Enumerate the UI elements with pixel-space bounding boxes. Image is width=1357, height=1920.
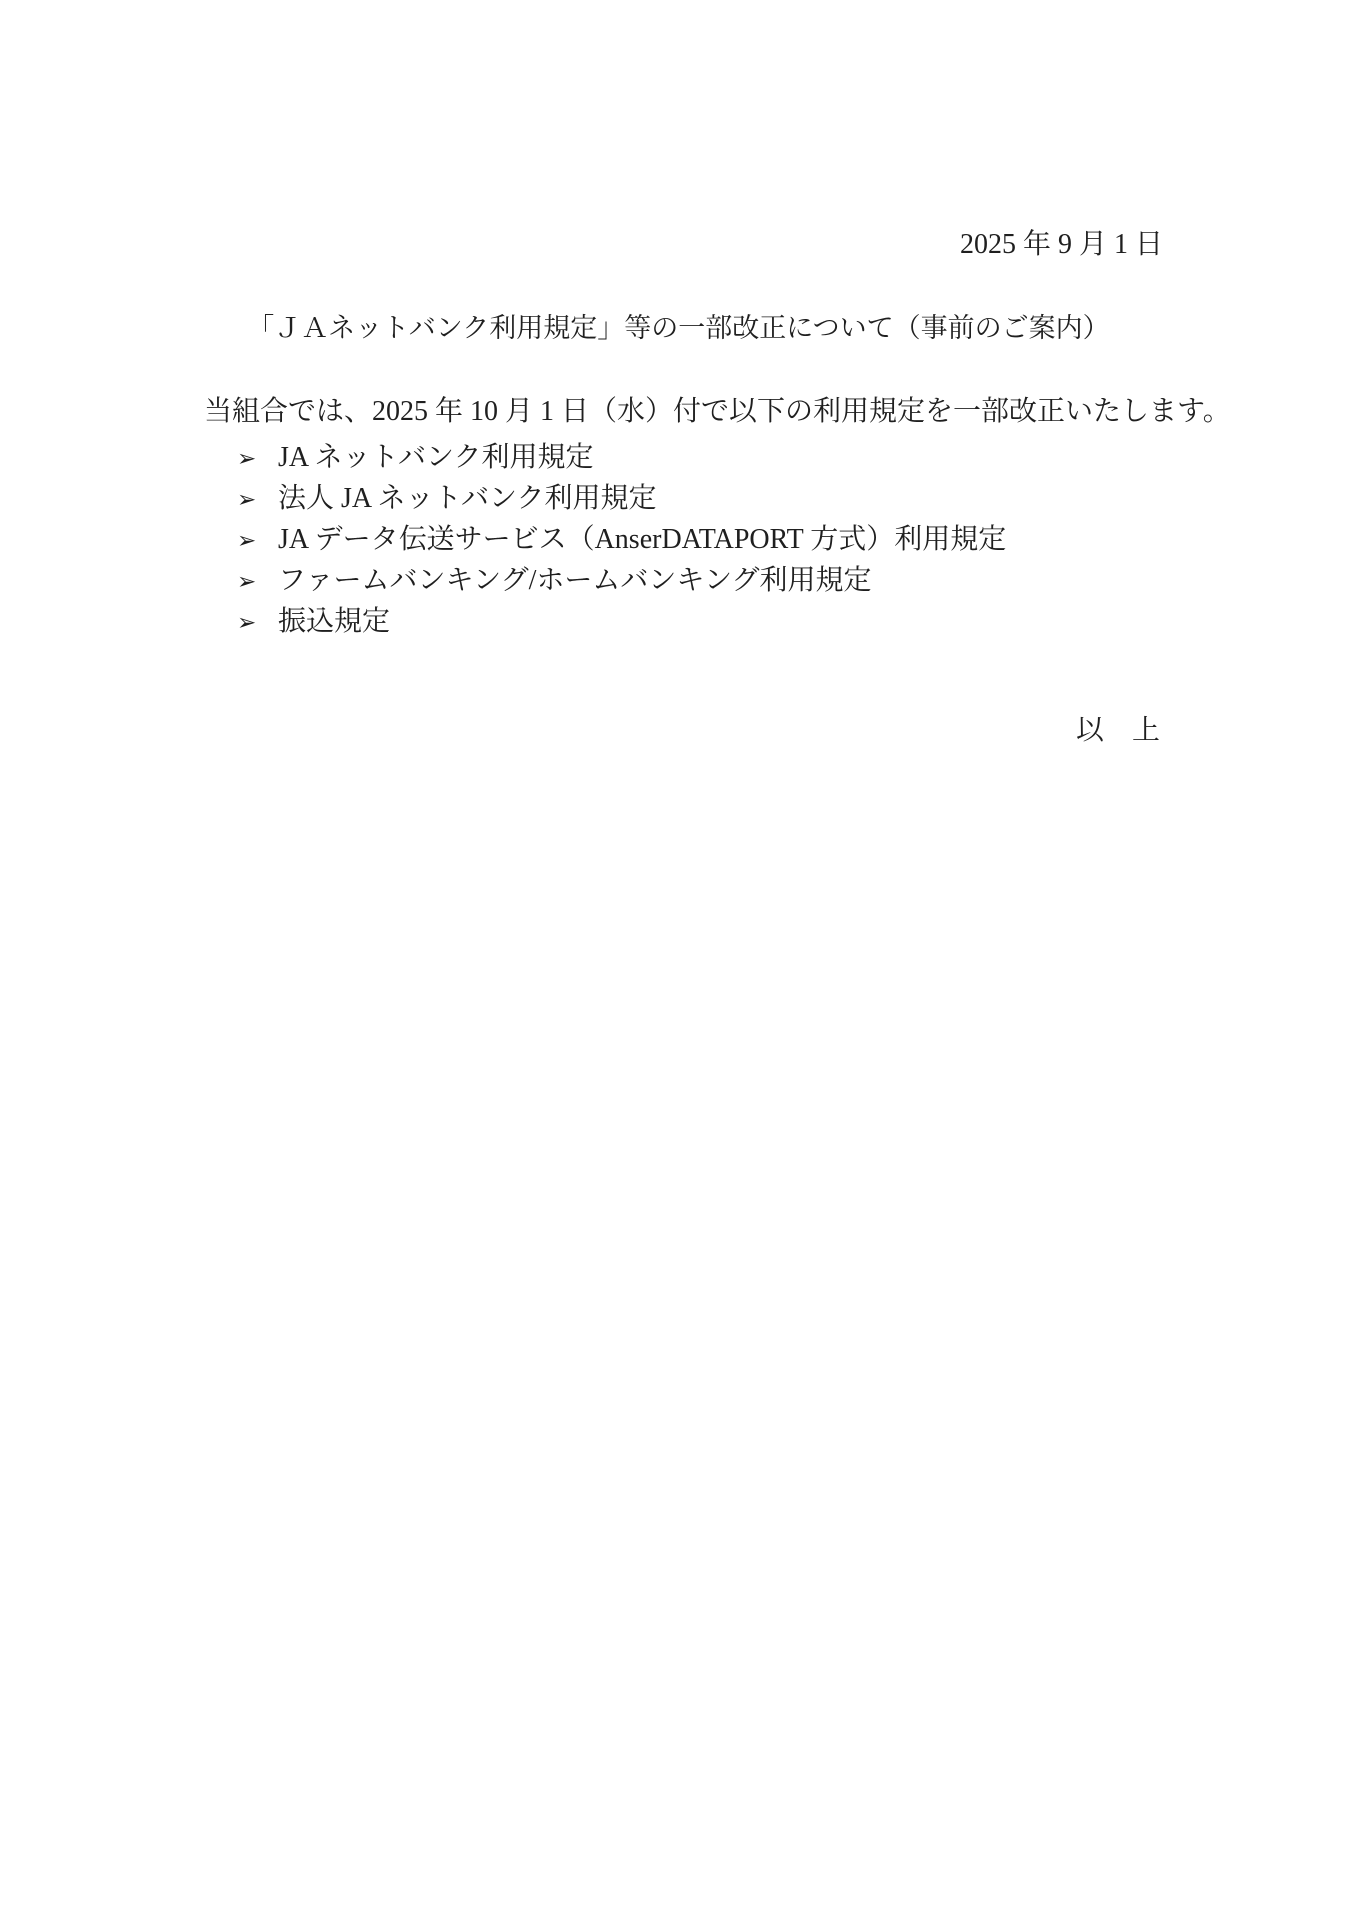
list-item: ➢振込規定 [237,601,1006,642]
intro-paragraph: 当組合では、2025 年 10 月 1 日（水）付で以下の利用規定を一部改正いた… [176,395,1207,429]
regulation-list: ➢JA ネットバンク利用規定 ➢法人 JA ネットバンク利用規定 ➢JA データ… [237,437,1006,642]
list-item-label: JA データ伝送サービス（AnserDATAPORT 方式）利用規定 [278,524,1006,555]
list-item-label: JA ネットバンク利用規定 [278,442,593,473]
arrow-bullet-icon: ➢ [237,479,278,520]
arrow-bullet-icon: ➢ [237,561,278,602]
closing-text: 以 上 [1076,714,1160,748]
list-item: ➢法人 JA ネットバンク利用規定 [237,478,1006,519]
list-item: ➢JA データ伝送サービス（AnserDATAPORT 方式）利用規定 [237,519,1006,560]
list-item-label: ファームバンキング/ホームバンキング利用規定 [278,565,872,596]
document-title: 「ＪＡネットバンク利用規定」等の一部改正について（事前のご案内） [0,311,1357,345]
arrow-bullet-icon: ➢ [237,520,278,561]
document-page: 2025 年 9 月 1 日 「ＪＡネットバンク利用規定」等の一部改正について（… [0,0,1357,1920]
document-date: 2025 年 9 月 1 日 [960,228,1163,262]
list-item-label: 法人 JA ネットバンク利用規定 [278,483,656,514]
list-item: ➢ファームバンキング/ホームバンキング利用規定 [237,560,1006,601]
list-item-label: 振込規定 [278,606,390,637]
arrow-bullet-icon: ➢ [237,438,278,479]
list-item: ➢JA ネットバンク利用規定 [237,437,1006,478]
arrow-bullet-icon: ➢ [237,602,278,643]
